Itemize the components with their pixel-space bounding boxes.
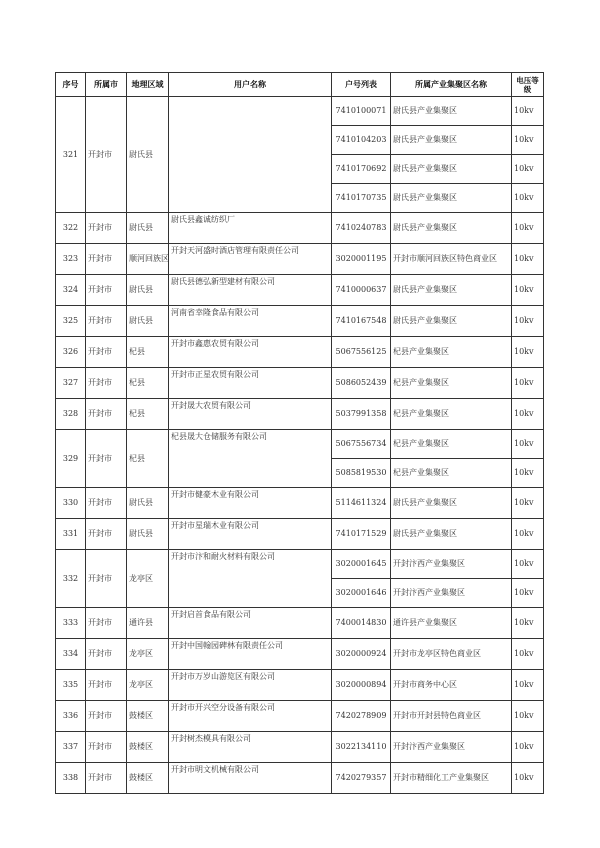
table-header: 序号 所属市 地理区域 用户名称 户号列表 所属产业集聚区名称 电压等级 [56,73,544,97]
header-user-name: 用户名称 [169,73,332,97]
cell-account: 3022134110 [332,732,391,763]
cell-seq: 327 [56,368,86,399]
cell-cluster: 尉氏县产业集聚区 [391,488,512,519]
cell-seq: 332 [56,550,86,608]
cell-account: 5067556125 [332,337,391,368]
cell-user-name: 开封中国翰园碑林有限责任公司 [169,639,332,670]
cell-user-name: 开封市明文机械有限公司 [169,763,332,794]
cell-voltage: 10kv [512,306,544,337]
table-row: 327开封市杞县开封市正星农贸有限公司5086052439杞县产业集聚区10kv [56,368,544,399]
cell-region: 龙亭区 [127,639,169,670]
cell-seq: 335 [56,670,86,701]
header-row: 序号 所属市 地理区域 用户名称 户号列表 所属产业集聚区名称 电压等级 [56,73,544,97]
cell-voltage: 10kv [512,337,544,368]
cell-account: 7410104203 [332,126,391,155]
cell-city: 开封市 [86,275,127,306]
cell-voltage: 10kv [512,488,544,519]
cell-seq: 336 [56,701,86,732]
cell-account: 3020001195 [332,244,391,275]
cell-cluster: 开封市精细化工产业集聚区 [391,763,512,794]
cell-user-name: 开封市正星农贸有限公司 [169,368,332,399]
cell-cluster: 杞县产业集聚区 [391,368,512,399]
cell-region: 杞县 [127,337,169,368]
cell-city: 开封市 [86,244,127,275]
table-row: 329开封市杞县杞县晟大仓储服务有限公司5067556734杞县产业集聚区10k… [56,430,544,459]
cell-user-name: 尉氏县鑫诚纺织厂 [169,213,332,244]
cell-user-name: 开封市鑫惠农贸有限公司 [169,337,332,368]
cell-region: 鼓楼区 [127,701,169,732]
cell-region: 尉氏县 [127,488,169,519]
cell-cluster: 开封汴西产业集聚区 [391,550,512,579]
cell-user-name: 开封晟大农贸有限公司 [169,399,332,430]
cell-voltage: 10kv [512,213,544,244]
table-row: 336开封市鼓楼区开封市开兴空分设备有限公司7420278909开封市开封县特色… [56,701,544,732]
cell-user-name: 开封市健豪木业有限公司 [169,488,332,519]
cell-seq: 328 [56,399,86,430]
cell-cluster: 尉氏县产业集聚区 [391,97,512,126]
cell-cluster: 尉氏县产业集聚区 [391,155,512,184]
cell-account: 7410170692 [332,155,391,184]
table-row: 337开封市鼓楼区开封树杰模具有限公司3022134110开封汴西产业集聚区10… [56,732,544,763]
cell-account: 5085819530 [332,459,391,488]
cell-cluster: 杞县产业集聚区 [391,430,512,459]
header-region: 地理区域 [127,73,169,97]
cell-account: 3020001646 [332,579,391,608]
cell-seq: 334 [56,639,86,670]
cell-voltage: 10kv [512,519,544,550]
cell-user-name: 开封天河盛时酒店管理有限责任公司 [169,244,332,275]
cell-region: 尉氏县 [127,97,169,213]
cell-account: 7410167548 [332,306,391,337]
cell-cluster: 开封市商务中心区 [391,670,512,701]
cell-cluster: 尉氏县产业集聚区 [391,275,512,306]
cell-city: 开封市 [86,213,127,244]
cell-account: 7410170735 [332,184,391,213]
cell-account: 7410240783 [332,213,391,244]
cell-voltage: 10kv [512,459,544,488]
cell-voltage: 10kv [512,184,544,213]
cell-region: 龙亭区 [127,670,169,701]
cell-cluster: 尉氏县产业集聚区 [391,213,512,244]
cell-region: 龙亭区 [127,550,169,608]
cell-voltage: 10kv [512,763,544,794]
cell-seq: 325 [56,306,86,337]
header-city: 所属市 [86,73,127,97]
cell-cluster: 杞县产业集聚区 [391,459,512,488]
cell-seq: 337 [56,732,86,763]
table-row: 331开封市尉氏县开封市星瑞木业有限公司7410171529尉氏县产业集聚区10… [56,519,544,550]
cell-region: 通许县 [127,608,169,639]
cell-account: 7410000637 [332,275,391,306]
cell-city: 开封市 [86,399,127,430]
cell-voltage: 10kv [512,550,544,579]
cell-voltage: 10kv [512,670,544,701]
cell-city: 开封市 [86,670,127,701]
cell-city: 开封市 [86,519,127,550]
cell-seq: 330 [56,488,86,519]
cell-region: 杞县 [127,368,169,399]
cell-user-name [169,97,332,213]
cell-cluster: 开封汴西产业集聚区 [391,732,512,763]
cell-account: 7420278909 [332,701,391,732]
table-row: 333开封市通许县开封启首食品有限公司7400014830通许县产业集聚区10k… [56,608,544,639]
cell-voltage: 10kv [512,368,544,399]
cell-seq: 338 [56,763,86,794]
cell-seq: 331 [56,519,86,550]
cell-city: 开封市 [86,306,127,337]
table-body: 321开封市尉氏县7410100071尉氏县产业集聚区10kv741010420… [56,97,544,794]
cell-cluster: 开封市开封县特色商业区 [391,701,512,732]
user-cluster-table: 序号 所属市 地理区域 用户名称 户号列表 所属产业集聚区名称 电压等级 321… [55,72,544,794]
cell-seq: 333 [56,608,86,639]
cell-account: 7400014830 [332,608,391,639]
cell-city: 开封市 [86,608,127,639]
cell-region: 尉氏县 [127,306,169,337]
cell-cluster: 尉氏县产业集聚区 [391,306,512,337]
cell-region: 顺河回族区 [127,244,169,275]
cell-voltage: 10kv [512,155,544,184]
cell-account: 7410171529 [332,519,391,550]
cell-voltage: 10kv [512,732,544,763]
cell-account: 5067556734 [332,430,391,459]
cell-city: 开封市 [86,337,127,368]
cell-cluster: 尉氏县产业集聚区 [391,519,512,550]
cell-voltage: 10kv [512,430,544,459]
cell-region: 尉氏县 [127,213,169,244]
cell-region: 尉氏县 [127,519,169,550]
cell-cluster: 杞县产业集聚区 [391,399,512,430]
header-account-list: 户号列表 [332,73,391,97]
cell-seq: 329 [56,430,86,488]
header-seq: 序号 [56,73,86,97]
cell-region: 尉氏县 [127,275,169,306]
cell-city: 开封市 [86,368,127,399]
cell-user-name: 开封市星瑞木业有限公司 [169,519,332,550]
cell-cluster: 开封市顺河回族区特色商业区 [391,244,512,275]
cell-user-name: 开封市万岁山游览区有限公司 [169,670,332,701]
cell-seq: 321 [56,97,86,213]
cell-cluster: 尉氏县产业集聚区 [391,184,512,213]
cell-voltage: 10kv [512,701,544,732]
cell-cluster: 杞县产业集聚区 [391,337,512,368]
cell-seq: 326 [56,337,86,368]
cell-user-name: 开封启首食品有限公司 [169,608,332,639]
table-row: 334开封市龙亭区开封中国翰园碑林有限责任公司3020000924开封市龙亭区特… [56,639,544,670]
cell-account: 3020000924 [332,639,391,670]
cell-region: 鼓楼区 [127,732,169,763]
cell-voltage: 10kv [512,244,544,275]
cell-city: 开封市 [86,701,127,732]
cell-city: 开封市 [86,97,127,213]
cell-region: 杞县 [127,399,169,430]
cell-user-name: 尉氏县德弘新型建材有限公司 [169,275,332,306]
table-row: 332开封市龙亭区开封市汴和耐火材料有限公司3020001645开封汴西产业集聚… [56,550,544,579]
cell-account: 5114611324 [332,488,391,519]
cell-voltage: 10kv [512,639,544,670]
cell-account: 5037991358 [332,399,391,430]
cell-city: 开封市 [86,550,127,608]
table-row: 324开封市尉氏县尉氏县德弘新型建材有限公司7410000637尉氏县产业集聚区… [56,275,544,306]
table-row: 335开封市龙亭区开封市万岁山游览区有限公司3020000894开封市商务中心区… [56,670,544,701]
cell-account: 7410100071 [332,97,391,126]
cell-city: 开封市 [86,763,127,794]
cell-city: 开封市 [86,488,127,519]
cell-cluster: 尉氏县产业集聚区 [391,126,512,155]
table-row: 321开封市尉氏县7410100071尉氏县产业集聚区10kv [56,97,544,126]
header-voltage: 电压等级 [512,73,544,97]
cell-city: 开封市 [86,732,127,763]
cell-voltage: 10kv [512,608,544,639]
cell-seq: 324 [56,275,86,306]
table-row: 330开封市尉氏县开封市健豪木业有限公司5114611324尉氏县产业集聚区10… [56,488,544,519]
cell-user-name: 杞县晟大仓储服务有限公司 [169,430,332,488]
cell-account: 3020001645 [332,550,391,579]
cell-user-name: 开封树杰模具有限公司 [169,732,332,763]
cell-cluster: 开封汴西产业集聚区 [391,579,512,608]
cell-user-name: 开封市汴和耐火材料有限公司 [169,550,332,608]
cell-seq: 323 [56,244,86,275]
table-row: 328开封市杞县开封晟大农贸有限公司5037991358杞县产业集聚区10kv [56,399,544,430]
table-row: 338开封市鼓楼区开封市明文机械有限公司7420279357开封市精细化工产业集… [56,763,544,794]
cell-region: 杞县 [127,430,169,488]
cell-voltage: 10kv [512,126,544,155]
table-row: 322开封市尉氏县尉氏县鑫诚纺织厂7410240783尉氏县产业集聚区10kv [56,213,544,244]
cell-voltage: 10kv [512,275,544,306]
cell-seq: 322 [56,213,86,244]
cell-city: 开封市 [86,639,127,670]
cell-account: 3020000894 [332,670,391,701]
cell-user-name: 河南省幸隆食品有限公司 [169,306,332,337]
table-row: 323开封市顺河回族区开封天河盛时酒店管理有限责任公司3020001195开封市… [56,244,544,275]
header-cluster-name: 所属产业集聚区名称 [391,73,512,97]
cell-voltage: 10kv [512,399,544,430]
cell-user-name: 开封市开兴空分设备有限公司 [169,701,332,732]
cell-cluster: 通许县产业集聚区 [391,608,512,639]
table-row: 325开封市尉氏县河南省幸隆食品有限公司7410167548尉氏县产业集聚区10… [56,306,544,337]
cell-voltage: 10kv [512,97,544,126]
cell-account: 7420279357 [332,763,391,794]
table-row: 326开封市杞县开封市鑫惠农贸有限公司5067556125杞县产业集聚区10kv [56,337,544,368]
cell-voltage: 10kv [512,579,544,608]
cell-cluster: 开封市龙亭区特色商业区 [391,639,512,670]
cell-account: 5086052439 [332,368,391,399]
cell-region: 鼓楼区 [127,763,169,794]
cell-city: 开封市 [86,430,127,488]
